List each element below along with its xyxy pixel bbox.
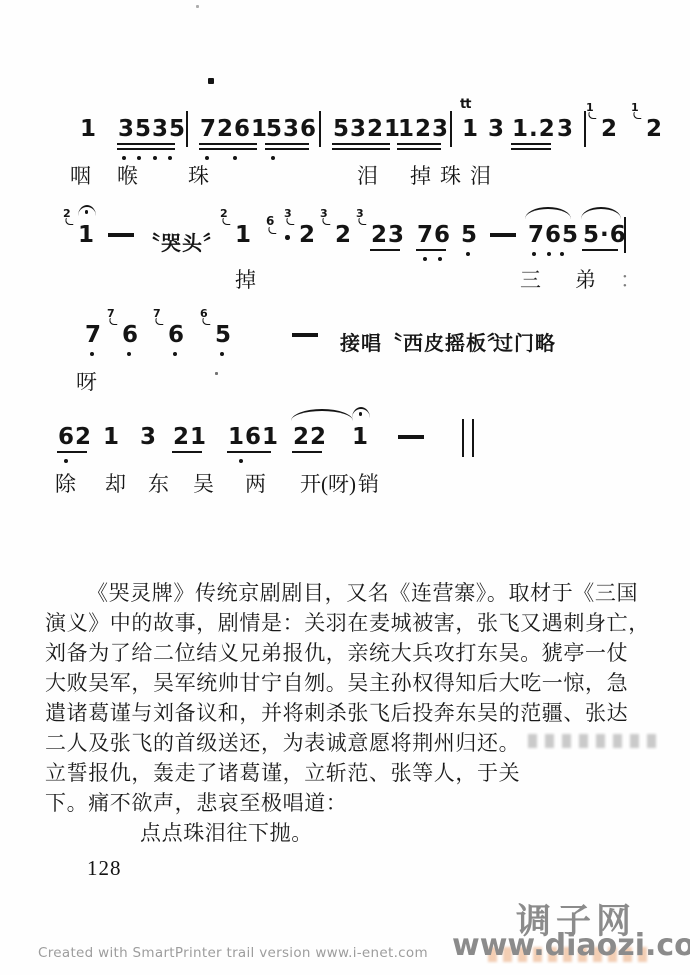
octave-dot bbox=[532, 252, 536, 256]
music-token: 21 bbox=[173, 424, 207, 450]
grace-hook bbox=[357, 218, 367, 225]
music-token: 765 bbox=[528, 222, 579, 248]
grace-note: 1 bbox=[586, 102, 594, 113]
music-token: 3 bbox=[140, 424, 157, 450]
grace-note: 3 bbox=[320, 208, 328, 219]
music-note: 7261 bbox=[200, 116, 268, 142]
music-token: 56 bbox=[215, 322, 232, 348]
music-note: 5·6 bbox=[583, 222, 627, 248]
music-note: 3535 bbox=[118, 116, 186, 142]
lyric-char: 除 bbox=[55, 468, 76, 498]
grace-hook bbox=[267, 227, 277, 234]
music-token: 76 bbox=[417, 222, 451, 248]
underline-beam bbox=[265, 143, 309, 145]
music-note: 5321 bbox=[333, 116, 401, 142]
underline-beam bbox=[397, 143, 441, 145]
lyric-char: (呀) bbox=[321, 468, 356, 498]
lyric-char: 三 bbox=[520, 264, 541, 294]
octave-dot bbox=[438, 257, 442, 261]
dash-note bbox=[108, 233, 134, 237]
lyric-char: ： bbox=[620, 264, 641, 294]
octave-dot bbox=[90, 352, 94, 356]
octave-dot bbox=[423, 257, 427, 261]
lyric-char: 珠 bbox=[188, 160, 209, 190]
music-note: 123 bbox=[398, 116, 449, 142]
music-note: 1 bbox=[78, 222, 95, 248]
music-token: 5·6 bbox=[583, 222, 627, 248]
music-token: 1 bbox=[103, 424, 120, 450]
music-note: 7 bbox=[85, 322, 102, 348]
underline-beam bbox=[582, 249, 618, 251]
paragraph-line: 演义》中的故事，剧情是：关羽在麦城被害，张飞又遇刺身亡， bbox=[45, 608, 655, 638]
underline-beam bbox=[199, 143, 257, 145]
underline-beam bbox=[416, 249, 446, 251]
music-note: 2 bbox=[299, 222, 316, 248]
octave-dot bbox=[239, 459, 243, 463]
lyric-char: 泪 bbox=[357, 160, 378, 190]
dash-note bbox=[398, 435, 424, 439]
music-note: 1 bbox=[352, 424, 369, 450]
underline-beam bbox=[511, 143, 551, 145]
music-token: 161 bbox=[228, 424, 279, 450]
underline-beam bbox=[117, 148, 175, 150]
underline-beam bbox=[397, 148, 441, 150]
music-token: 12 bbox=[78, 222, 95, 248]
bar-line bbox=[319, 111, 321, 147]
octave-dot bbox=[271, 156, 275, 160]
lyric-char: 泪 bbox=[470, 160, 491, 190]
octave-dot bbox=[137, 156, 141, 160]
music-note: 62 bbox=[58, 424, 92, 450]
music-token: 233 bbox=[371, 222, 405, 248]
music-note: 1.2 bbox=[512, 116, 556, 142]
bar-line bbox=[450, 111, 452, 147]
ink-speck bbox=[208, 78, 214, 84]
octave-dot bbox=[64, 459, 68, 463]
lyric-char: 吴 bbox=[193, 468, 214, 498]
lyric-char: 弟 bbox=[575, 264, 596, 294]
bar-line bbox=[624, 217, 626, 253]
illegible-smudge bbox=[528, 734, 656, 748]
music-token: 23 bbox=[299, 222, 316, 248]
fermata-dot bbox=[359, 412, 363, 416]
grace-note: 7 bbox=[153, 308, 161, 319]
paragraph-line: 大败吴军，吴军统帅甘宁自刎。吴主孙权得知后大吃一惊，急 bbox=[45, 668, 655, 698]
music-token: 3 bbox=[557, 116, 574, 142]
music-note: 1 bbox=[103, 424, 120, 450]
paragraph-line: 《哭灵牌》传统京剧剧目，又名《连营寨》。取材于《三国 bbox=[45, 578, 655, 608]
bar-line bbox=[584, 111, 586, 147]
underline-beam bbox=[332, 148, 390, 150]
grace-hook bbox=[64, 218, 74, 225]
grace-hook bbox=[108, 318, 118, 325]
music-note: 6 bbox=[168, 322, 185, 348]
grace-hook bbox=[221, 218, 231, 225]
music-token: 3535 bbox=[118, 116, 186, 142]
lyric-char: 掉 bbox=[235, 264, 256, 294]
music-note: 6 bbox=[122, 322, 139, 348]
music-token: 23 bbox=[335, 222, 352, 248]
music-note: 23 bbox=[371, 222, 405, 248]
octave-dot bbox=[173, 352, 177, 356]
grace-hook bbox=[632, 112, 642, 119]
grace-note: 2 bbox=[220, 208, 228, 219]
music-note: 22 bbox=[293, 424, 327, 450]
music-note: 3 bbox=[140, 424, 157, 450]
music-token: 1 bbox=[352, 424, 369, 450]
music-token: 21 bbox=[646, 116, 663, 142]
lyric-char: 呀 bbox=[76, 366, 97, 396]
grace-note: 2 bbox=[63, 208, 71, 219]
music-note: 1 bbox=[80, 116, 97, 142]
grace-hook bbox=[587, 112, 597, 119]
dash-note bbox=[490, 233, 516, 237]
grace-note: 3 bbox=[356, 208, 364, 219]
paragraph-line: 遣诸葛谨与刘备议和，并将刺杀张飞后投奔东吴的范疆、张达 bbox=[45, 698, 655, 728]
lyric-char: 咽 bbox=[70, 160, 91, 190]
grace-note: 6 bbox=[200, 308, 208, 319]
underline-beam bbox=[292, 451, 322, 453]
underline-beam bbox=[227, 451, 271, 453]
underline-beam bbox=[332, 143, 390, 145]
lyric-char: 两 bbox=[245, 468, 266, 498]
music-note: 765 bbox=[528, 222, 579, 248]
lyric-char: 销 bbox=[358, 468, 379, 498]
music-note: 161 bbox=[228, 424, 279, 450]
music-token: 1 bbox=[80, 116, 97, 142]
octave-dot bbox=[220, 352, 224, 356]
music-token: 5 bbox=[461, 222, 478, 248]
fermata-dot bbox=[85, 210, 89, 214]
music-note: 2 bbox=[601, 116, 618, 142]
octave-dot bbox=[466, 252, 470, 256]
music-line: 7676756接唱〝西皮摇板〞过门略呀 bbox=[0, 322, 690, 422]
bar-line bbox=[186, 111, 188, 147]
music-token: 7 bbox=[85, 322, 102, 348]
music-note: 536 bbox=[266, 116, 317, 142]
lyric-char: 开 bbox=[300, 468, 321, 498]
music-token: 62 bbox=[58, 424, 92, 450]
underline-beam bbox=[199, 148, 257, 150]
lyric-char: 珠 bbox=[440, 160, 461, 190]
watermark-site-url: www.diaozi.com bbox=[452, 928, 690, 963]
music-note: 21 bbox=[173, 424, 207, 450]
music-note: 3 bbox=[557, 116, 574, 142]
underline-beam bbox=[370, 249, 400, 251]
underline-beam bbox=[57, 451, 87, 453]
grace-hook bbox=[201, 318, 211, 325]
music-line: 13535726153653211231 3tt1.232121咽喉珠泪掉珠泪 bbox=[0, 116, 690, 216]
dash-note bbox=[292, 333, 318, 337]
music-token: 67 bbox=[168, 322, 185, 348]
music-note: 76 bbox=[417, 222, 451, 248]
music-note: 5 bbox=[215, 322, 232, 348]
lyric-char: 东 bbox=[148, 468, 169, 498]
paragraph-line: 二人及张飞的首级送还，为表诚意愿将荆州归还。 bbox=[45, 728, 655, 758]
music-token: 1 3tt bbox=[462, 116, 505, 142]
music-note: 5 bbox=[461, 222, 478, 248]
octave-dot bbox=[233, 156, 237, 160]
octave-dot bbox=[547, 252, 551, 256]
grace-note: 3 bbox=[284, 208, 292, 219]
paragraph-line: 刘备为了给二位结义兄弟报仇，亲统大兵攻打东吴。猇亭一仗 bbox=[45, 638, 655, 668]
final-bar-line bbox=[462, 419, 474, 457]
underline-beam bbox=[511, 148, 551, 150]
grace-hook bbox=[321, 218, 331, 225]
lyric-char: 喉 bbox=[117, 160, 138, 190]
octave-dot bbox=[560, 252, 564, 256]
paragraph-line: 下。痛不欲声，悲哀至极唱道： bbox=[45, 788, 655, 818]
augmentation-dot bbox=[285, 235, 290, 240]
octave-dot bbox=[168, 156, 172, 160]
grace-hook bbox=[154, 318, 164, 325]
music-token: 12 bbox=[235, 222, 252, 248]
octave-dot bbox=[127, 352, 131, 356]
music-note: 1 bbox=[235, 222, 252, 248]
music-token: 123 bbox=[398, 116, 449, 142]
music-text: 接唱〝西皮摇板〞 bbox=[340, 327, 508, 356]
music-note: 2 bbox=[335, 222, 352, 248]
page-number: 128 bbox=[87, 856, 122, 881]
grace-hook bbox=[285, 218, 295, 225]
music-note: 1 3 bbox=[462, 116, 505, 142]
music-token: 1.2 bbox=[512, 116, 556, 142]
music-line: 621321161221除却东吴两开(呀)销 bbox=[0, 424, 690, 524]
music-note: 2 bbox=[646, 116, 663, 142]
underline-beam bbox=[265, 148, 309, 150]
grace-note: 7 bbox=[107, 308, 115, 319]
music-line: 12〝哭头〞12623232337657655·6掉三弟： bbox=[0, 222, 690, 322]
music-token: 536 bbox=[266, 116, 317, 142]
music-text: 过门略 bbox=[493, 327, 556, 356]
underline-beam bbox=[172, 451, 202, 453]
music-token: 67 bbox=[122, 322, 139, 348]
music-token: 22 bbox=[293, 424, 327, 450]
synopsis-paragraph: 《哭灵牌》传统京剧剧目，又名《连营寨》。取材于《三国演义》中的故事，剧情是：关羽… bbox=[45, 578, 655, 848]
trill-ornament: tt bbox=[460, 97, 470, 112]
footer-credit: Created with SmartPrinter trail version … bbox=[38, 945, 428, 961]
paragraph-line: 立誓报仇，轰走了诸葛谨，立斩范、张等人，于关 bbox=[45, 758, 655, 788]
ink-speck bbox=[196, 5, 199, 8]
music-text: 〝哭头〞 bbox=[140, 227, 224, 256]
octave-dot bbox=[153, 156, 157, 160]
grace-note: 1 bbox=[631, 102, 639, 113]
grace-note: 6 bbox=[266, 214, 274, 228]
scanned-page: 13535726153653211231 3tt1.232121咽喉珠泪掉珠泪1… bbox=[0, 0, 690, 975]
lyric-char: 掉 bbox=[410, 160, 431, 190]
music-token: 21 bbox=[601, 116, 618, 142]
underline-beam bbox=[117, 143, 175, 145]
paragraph-line: 点点珠泪往下抛。 bbox=[45, 818, 655, 848]
lyric-char: 却 bbox=[105, 468, 126, 498]
music-token: 5321 bbox=[333, 116, 401, 142]
music-token: 7261 bbox=[200, 116, 268, 142]
